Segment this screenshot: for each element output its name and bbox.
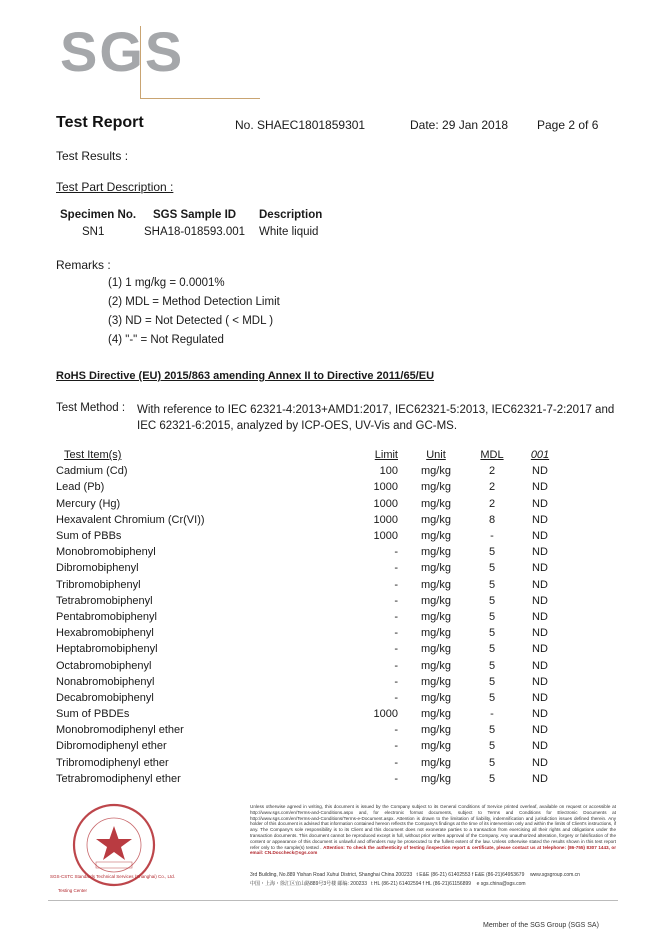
cell-limit: - — [312, 577, 408, 593]
cell-unit: mg/kg — [408, 674, 464, 690]
cell-limit: - — [312, 657, 408, 673]
cell-unit: mg/kg — [408, 625, 464, 641]
cell-test-item: Tetrabromobiphenyl — [56, 593, 312, 609]
cell-mdl: 5 — [464, 609, 520, 625]
cell-result: ND — [520, 528, 560, 544]
cell-limit: - — [312, 738, 408, 754]
cell-limit: - — [312, 560, 408, 576]
cell-test-item: Hexavalent Chromium (Cr(VI)) — [56, 512, 312, 528]
table-row: Dibromobiphenyl-mg/kg5ND — [56, 560, 560, 576]
phone-cn: t HL (86-21) 61402594 f HL (86-21)611568… — [371, 881, 471, 887]
cell-result: ND — [520, 479, 560, 495]
col-header-test-item: Test Item(s) — [56, 447, 312, 463]
cell-test-item: Decabromobiphenyl — [56, 690, 312, 706]
cell-result: ND — [520, 706, 560, 722]
cell-mdl: 5 — [464, 544, 520, 560]
table-row: Octabromobiphenyl-mg/kg5ND — [56, 657, 560, 673]
cell-limit: 1000 — [312, 479, 408, 495]
phone-en: t E&E (86-21) 61402553 f E&E (86-21)6495… — [417, 872, 525, 878]
cell-unit: mg/kg — [408, 560, 464, 576]
remark-item: (1) 1 mg/kg = 0.0001% — [108, 277, 225, 289]
cell-unit: mg/kg — [408, 528, 464, 544]
cell-test-item: Tetrabromodiphenyl ether — [56, 771, 312, 787]
cell-unit: mg/kg — [408, 657, 464, 673]
test-method-label: Test Method : — [56, 402, 125, 414]
cell-unit: mg/kg — [408, 544, 464, 560]
cell-unit: mg/kg — [408, 690, 464, 706]
results-table: Test Item(s) Limit Unit MDL 001 Cadmium … — [56, 447, 560, 787]
cell-mdl: 2 — [464, 463, 520, 479]
cell-test-item: Heptabromobiphenyl — [56, 641, 312, 657]
col-header-mdl: MDL — [464, 447, 520, 463]
cell-unit: mg/kg — [408, 738, 464, 754]
cell-unit: mg/kg — [408, 593, 464, 609]
table-row: Monobromodiphenyl ether-mg/kg5ND — [56, 722, 560, 738]
report-date: Date: 29 Jan 2018 — [410, 118, 508, 132]
cell-test-item: Sum of PBBs — [56, 528, 312, 544]
cell-limit: 1000 — [312, 496, 408, 512]
website: www.sgsgroup.com.cn — [530, 872, 580, 878]
cell-unit: mg/kg — [408, 722, 464, 738]
cell-result: ND — [520, 577, 560, 593]
table-row: Dibromodiphenyl ether-mg/kg5ND — [56, 738, 560, 754]
table-row: Nonabromobiphenyl-mg/kg5ND — [56, 674, 560, 690]
cell-test-item: Dibromodiphenyl ether — [56, 738, 312, 754]
stamp-testing-center-text: Testing Center — [58, 888, 87, 893]
cell-limit: - — [312, 641, 408, 657]
table-row: Tribromobiphenyl-mg/kg5ND — [56, 577, 560, 593]
cell-limit: 1000 — [312, 512, 408, 528]
sgs-group-membership: Member of the SGS Group (SGS SA) — [483, 922, 599, 929]
specimen-header-description: Description — [259, 209, 322, 221]
table-row: Lead (Pb)1000mg/kg2ND — [56, 479, 560, 495]
report-title: Test Report — [56, 114, 144, 132]
cell-result: ND — [520, 512, 560, 528]
test-results-label: Test Results : — [56, 149, 128, 163]
cell-limit: - — [312, 593, 408, 609]
footer-divider — [48, 900, 618, 901]
cell-test-item: Dibromobiphenyl — [56, 560, 312, 576]
cell-test-item: Sum of PBDEs — [56, 706, 312, 722]
cell-mdl: 8 — [464, 512, 520, 528]
table-row: Monobromobiphenyl-mg/kg5ND — [56, 544, 560, 560]
report-number: No. SHAEC1801859301 — [235, 118, 365, 132]
address-cn: 中国・上海・徐汇区宜山路889号3号楼 邮编: 200233 — [250, 881, 367, 887]
logo-text: SGS — [60, 22, 184, 82]
table-row: Sum of PBBs1000mg/kg-ND — [56, 528, 560, 544]
table-row: Mercury (Hg)1000mg/kg2ND — [56, 496, 560, 512]
cell-limit: - — [312, 544, 408, 560]
cell-result: ND — [520, 560, 560, 576]
remark-item: (3) ND = Not Detected ( < MDL ) — [108, 315, 273, 327]
cell-unit: mg/kg — [408, 512, 464, 528]
cell-result: ND — [520, 738, 560, 754]
cell-limit: - — [312, 625, 408, 641]
cell-mdl: 5 — [464, 593, 520, 609]
cell-limit: - — [312, 674, 408, 690]
logo-divider-horizontal — [140, 98, 260, 99]
legal-disclaimer: Unless otherwise agreed in writing, this… — [250, 804, 616, 856]
cell-test-item: Nonabromobiphenyl — [56, 674, 312, 690]
cell-unit: mg/kg — [408, 577, 464, 593]
col-header-unit: Unit — [408, 447, 464, 463]
cell-result: ND — [520, 674, 560, 690]
cell-unit: mg/kg — [408, 463, 464, 479]
table-row: Hexabromobiphenyl-mg/kg5ND — [56, 625, 560, 641]
cell-limit: - — [312, 690, 408, 706]
cell-limit: 1000 — [312, 706, 408, 722]
cell-test-item: Monobromodiphenyl ether — [56, 722, 312, 738]
test-method-text: With reference to IEC 62321-4:2013+AMD1:… — [137, 402, 617, 434]
table-row: Hexavalent Chromium (Cr(VI))1000mg/kg8ND — [56, 512, 560, 528]
cell-result: ND — [520, 690, 560, 706]
cell-result: ND — [520, 625, 560, 641]
cell-mdl: - — [464, 528, 520, 544]
results-header-row: Test Item(s) Limit Unit MDL 001 — [56, 447, 560, 463]
cell-mdl: 5 — [464, 560, 520, 576]
cell-unit: mg/kg — [408, 771, 464, 787]
table-row: Heptabromobiphenyl-mg/kg5ND — [56, 641, 560, 657]
stamp-company-text: SGS-CSTC Standards Technical Services (S… — [50, 874, 175, 879]
cell-mdl: 5 — [464, 657, 520, 673]
cell-result: ND — [520, 544, 560, 560]
cell-test-item: Pentabromobiphenyl — [56, 609, 312, 625]
col-header-result-001: 001 — [520, 447, 560, 463]
cell-test-item: Octabromobiphenyl — [56, 657, 312, 673]
cell-mdl: 2 — [464, 479, 520, 495]
footer-contact: 3rd Building, No.889 Yishan Road Xuhui D… — [250, 871, 580, 889]
cell-mdl: 2 — [464, 496, 520, 512]
table-row: Decabromobiphenyl-mg/kg5ND — [56, 690, 560, 706]
table-row: Tetrabromodiphenyl ether-mg/kg5ND — [56, 771, 560, 787]
cell-mdl: 5 — [464, 625, 520, 641]
cell-limit: - — [312, 609, 408, 625]
address-en: 3rd Building, No.889 Yishan Road Xuhui D… — [250, 872, 412, 878]
specimen-header-no: Specimen No. — [60, 209, 136, 221]
email: e sgs.china@sgs.com — [477, 881, 526, 887]
specimen-header-id: SGS Sample ID — [153, 209, 236, 221]
cell-result: ND — [520, 463, 560, 479]
remarks-label: Remarks : — [56, 258, 111, 272]
cell-unit: mg/kg — [408, 496, 464, 512]
cell-result: ND — [520, 496, 560, 512]
cell-test-item: Tribromodiphenyl ether — [56, 755, 312, 771]
cell-result: ND — [520, 657, 560, 673]
cell-limit: 1000 — [312, 528, 408, 544]
cell-unit: mg/kg — [408, 609, 464, 625]
cell-mdl: 5 — [464, 771, 520, 787]
test-part-description-label: Test Part Description : — [56, 180, 173, 194]
sgs-logo: SGS — [60, 22, 200, 92]
cell-test-item: Hexabromobiphenyl — [56, 625, 312, 641]
cell-unit: mg/kg — [408, 479, 464, 495]
cell-mdl: 5 — [464, 690, 520, 706]
col-header-limit: Limit — [312, 447, 408, 463]
cell-result: ND — [520, 593, 560, 609]
specimen-sample-id: SHA18-018593.001 — [144, 226, 245, 238]
table-row: Tribromodiphenyl ether-mg/kg5ND — [56, 755, 560, 771]
table-row: Sum of PBDEs1000mg/kg-ND — [56, 706, 560, 722]
logo-divider-vertical — [140, 26, 141, 98]
cell-limit: 100 — [312, 463, 408, 479]
cell-limit: - — [312, 755, 408, 771]
cell-test-item: Lead (Pb) — [56, 479, 312, 495]
cell-mdl: - — [464, 706, 520, 722]
cell-test-item: Mercury (Hg) — [56, 496, 312, 512]
cell-unit: mg/kg — [408, 755, 464, 771]
table-row: Cadmium (Cd)100mg/kg2ND — [56, 463, 560, 479]
cell-limit: - — [312, 722, 408, 738]
cell-test-item: Monobromobiphenyl — [56, 544, 312, 560]
cell-mdl: 5 — [464, 674, 520, 690]
cell-mdl: 5 — [464, 738, 520, 754]
cell-mdl: 5 — [464, 641, 520, 657]
specimen-no: SN1 — [82, 226, 104, 238]
table-row: Pentabromobiphenyl-mg/kg5ND — [56, 609, 560, 625]
specimen-description: White liquid — [259, 226, 318, 238]
remark-item: (2) MDL = Method Detection Limit — [108, 296, 280, 308]
cell-limit: - — [312, 771, 408, 787]
page-indicator: Page 2 of 6 — [537, 118, 598, 132]
cell-mdl: 5 — [464, 755, 520, 771]
cell-result: ND — [520, 609, 560, 625]
sgs-official-stamp: SGS-CSTC Standards Technical Services (S… — [52, 800, 172, 900]
cell-result: ND — [520, 755, 560, 771]
cell-result: ND — [520, 641, 560, 657]
cell-result: ND — [520, 722, 560, 738]
cell-test-item: Cadmium (Cd) — [56, 463, 312, 479]
cell-test-item: Tribromobiphenyl — [56, 577, 312, 593]
cell-mdl: 5 — [464, 577, 520, 593]
table-row: Tetrabromobiphenyl-mg/kg5ND — [56, 593, 560, 609]
cell-unit: mg/kg — [408, 641, 464, 657]
cell-result: ND — [520, 771, 560, 787]
cell-unit: mg/kg — [408, 706, 464, 722]
section-title: RoHS Directive (EU) 2015/863 amending An… — [56, 370, 434, 382]
remark-item: (4) "-" = Not Regulated — [108, 334, 224, 346]
cell-mdl: 5 — [464, 722, 520, 738]
